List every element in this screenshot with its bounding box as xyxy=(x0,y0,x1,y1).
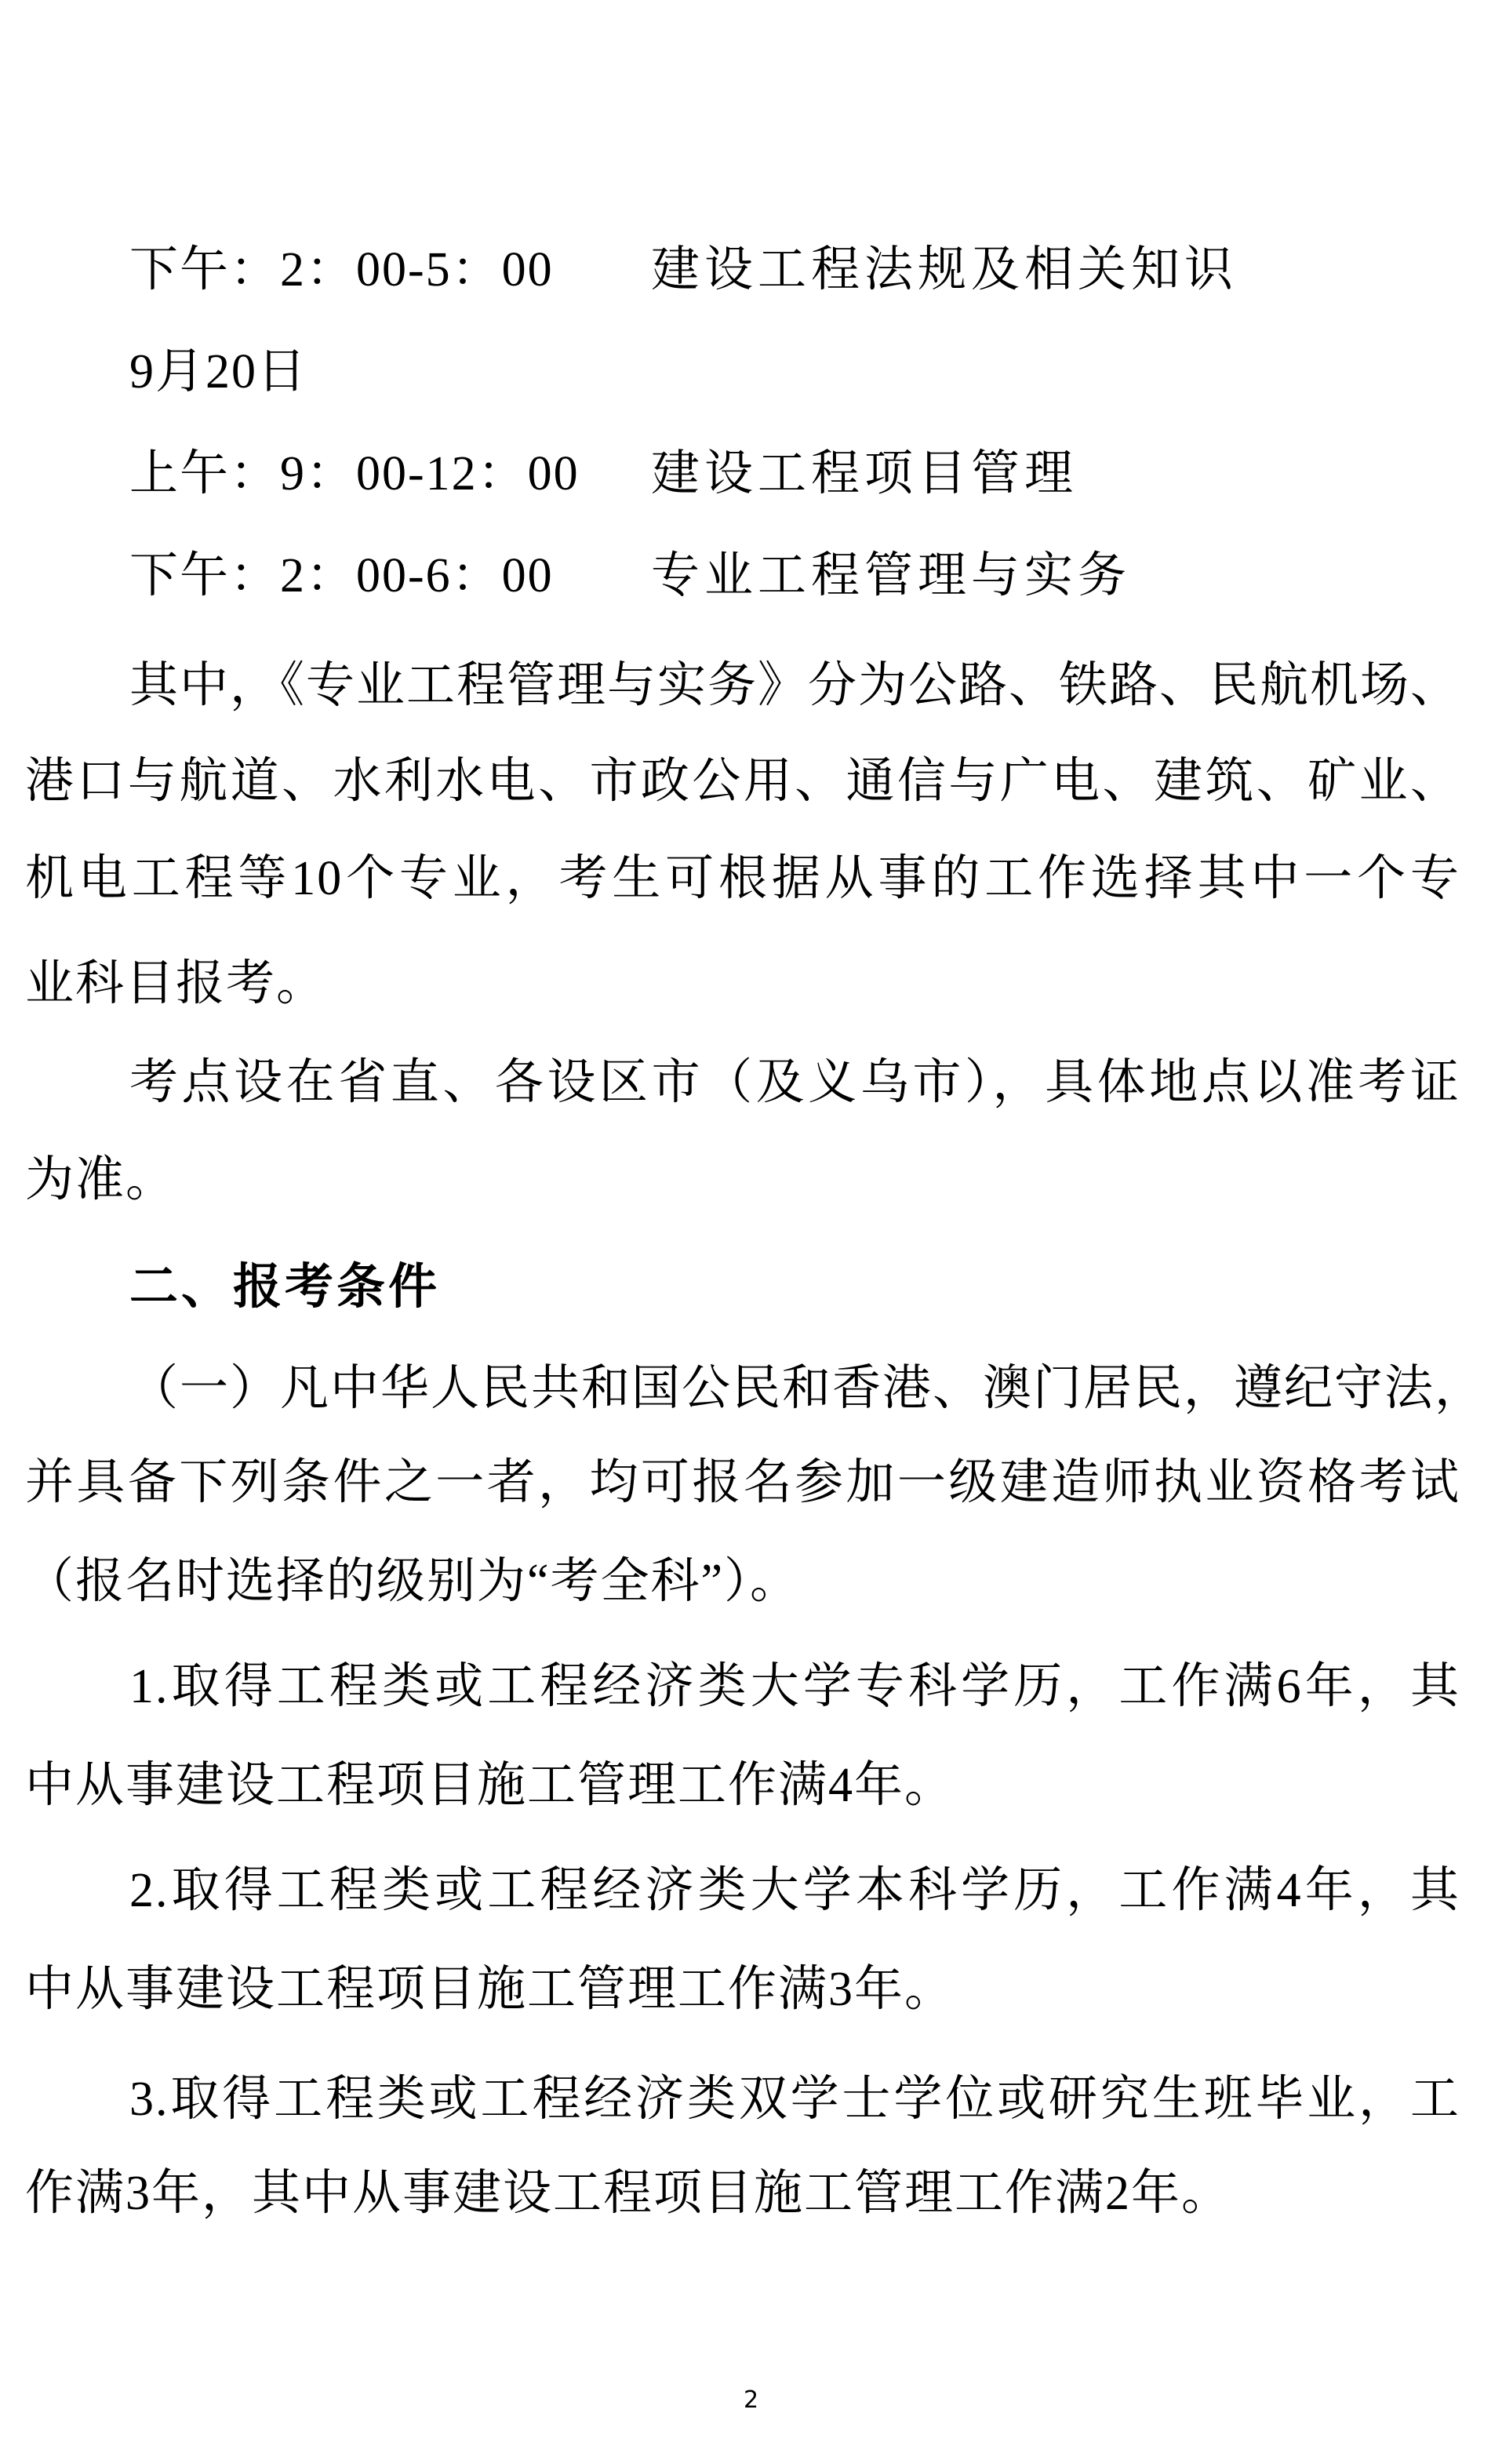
section-heading: 二、报考条件 xyxy=(129,1255,440,1318)
document-page: 下午：2：00-5：00建设工程法规及相关知识 9月20日 上午：9：00-12… xyxy=(0,0,1502,2464)
schedule-row: 上午：9：00-12：00建设工程项目管理 xyxy=(129,442,1078,505)
paragraph-line: 机电工程等10个专业，考生可根据从事的工作选择其中一个专 xyxy=(25,847,1460,910)
schedule-date: 9月20日 xyxy=(129,340,307,403)
schedule-row: 下午：2：00-6：00专业工程管理与实务 xyxy=(129,544,1131,607)
paragraph-line: 为准。 xyxy=(25,1148,1460,1211)
schedule-subject: 建设工程项目管理 xyxy=(651,442,1078,505)
schedule-time: 下午：2：00-5：00 xyxy=(129,238,651,301)
paragraph-line: 其中，《专业工程管理与实务》分为公路、铁路、民航机场、 xyxy=(129,654,1460,717)
condition-line: 2.取得工程类或工程经济类大学本科学历，工作满4年，其 xyxy=(129,1859,1460,1922)
schedule-date-text: 9月20日 xyxy=(129,345,307,399)
paragraph-line: 港口与航道、水利水电、市政公用、通信与广电、建筑、矿业、 xyxy=(25,750,1460,813)
condition-line: 并具备下列条件之一者，均可报名参加一级建造师执业资格考试 xyxy=(25,1451,1460,1514)
condition-line: 作满3年，其中从事建设工程项目施工管理工作满2年。 xyxy=(25,2162,1460,2225)
schedule-time: 下午：2：00-6：00 xyxy=(129,544,651,607)
paragraph-line: 业科目报考。 xyxy=(25,952,1460,1015)
condition-line: 3.取得工程类或工程经济类双学士学位或研究生班毕业，工 xyxy=(129,2068,1460,2131)
schedule-subject: 建设工程法规及相关知识 xyxy=(651,238,1238,301)
condition-line: 中从事建设工程项目施工管理工作满3年。 xyxy=(25,1958,1460,2021)
condition-line: （报名时选择的级别为“考全科”）。 xyxy=(25,1550,1460,1613)
schedule-time: 上午：9：00-12：00 xyxy=(129,442,651,505)
schedule-subject: 专业工程管理与实务 xyxy=(651,544,1131,607)
condition-line: （一）凡中华人民共和国公民和香港、澳门居民，遵纪守法， xyxy=(129,1357,1460,1420)
condition-line: 1.取得工程类或工程经济类大学专科学历，工作满6年，其 xyxy=(129,1655,1460,1718)
paragraph-line: 考点设在省直、各设区市（及义乌市），具体地点以准考证 xyxy=(129,1051,1460,1114)
schedule-row: 下午：2：00-5：00建设工程法规及相关知识 xyxy=(129,238,1238,301)
condition-line: 中从事建设工程项目施工管理工作满4年。 xyxy=(25,1754,1460,1817)
page-number: 2 xyxy=(0,2385,1502,2416)
